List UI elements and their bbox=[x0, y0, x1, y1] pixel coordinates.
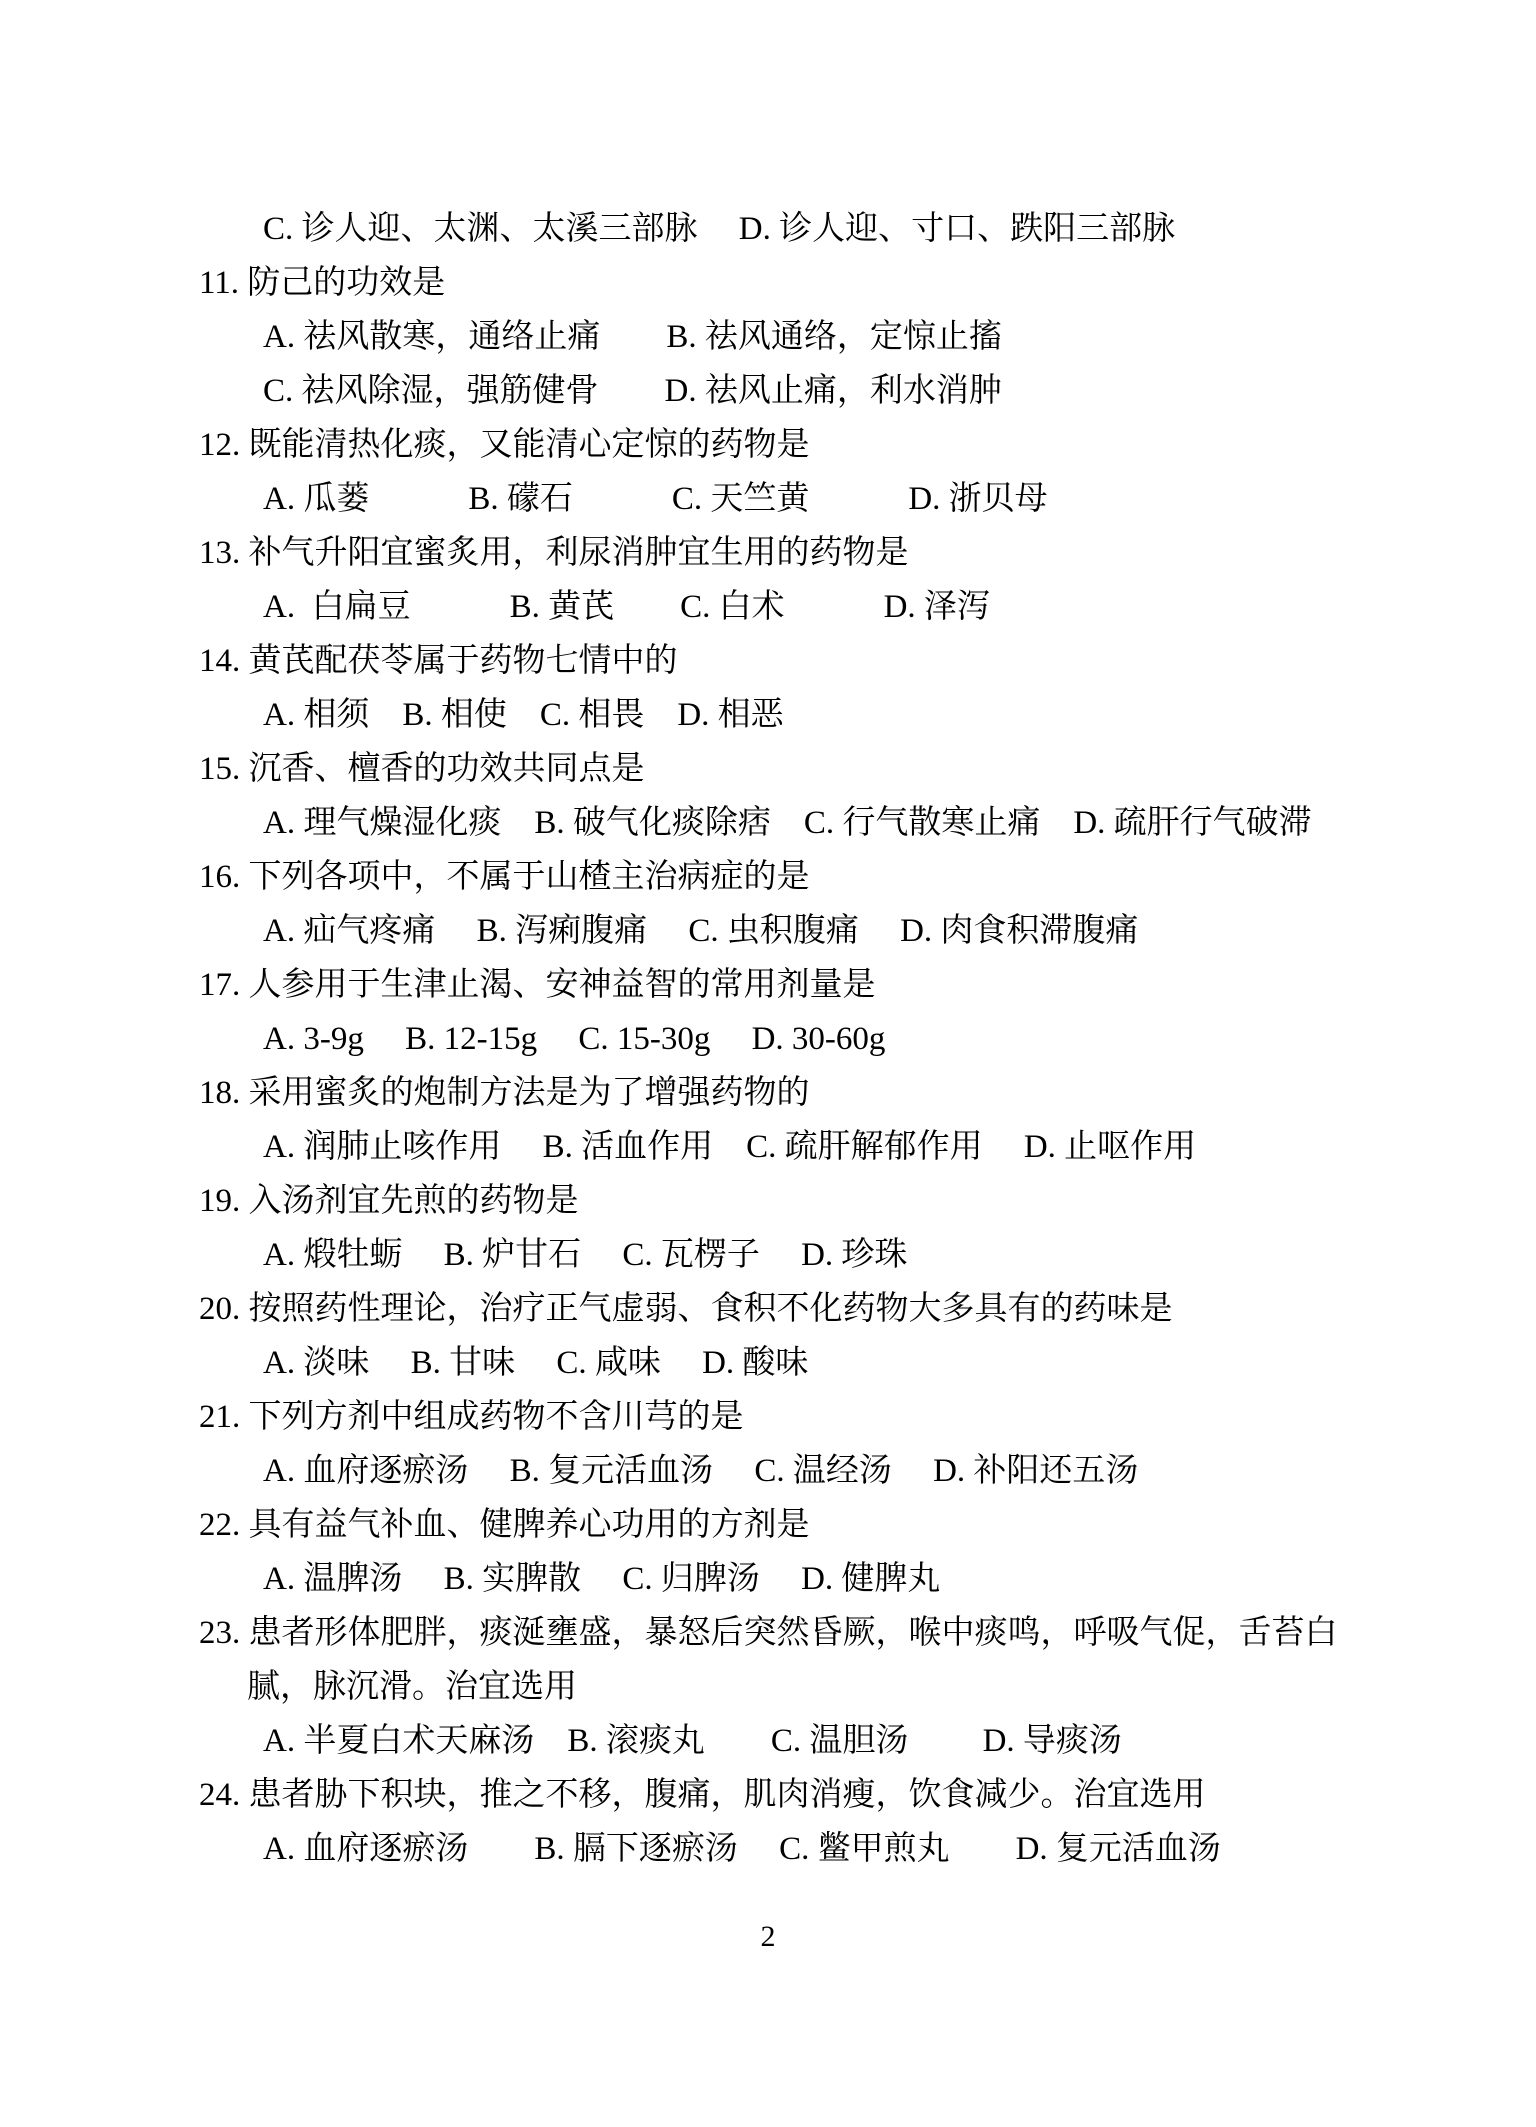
question-23-options: A. 半夏白术天麻汤 B. 滚痰丸 C. 温胆汤 D. 导痰汤 bbox=[0, 1714, 1536, 1768]
question-24-options: A. 血府逐瘀汤 B. 膈下逐瘀汤 C. 鳖甲煎丸 D. 复元活血汤 bbox=[0, 1822, 1536, 1876]
question-16-options: A. 疝气疼痛 B. 泻痢腹痛 C. 虫积腹痛 D. 肉食积滞腹痛 bbox=[0, 904, 1536, 958]
question-17-options: A. 3-9g B. 12-15g C. 15-30g D. 30-60g bbox=[0, 1012, 1536, 1066]
page-number: 2 bbox=[0, 1916, 1536, 1958]
question-13-options: A. 白扁豆 B. 黄芪 C. 白术 D. 泽泻 bbox=[0, 580, 1536, 634]
question-19-stem: 19. 入汤剂宜先煎的药物是 bbox=[0, 1174, 1536, 1228]
question-17-stem: 17. 人参用于生津止渴、安神益智的常用剂量是 bbox=[0, 958, 1536, 1012]
question-11-stem: 11. 防己的功效是 bbox=[0, 256, 1536, 310]
question-12-stem: 12. 既能清热化痰，又能清心定惊的药物是 bbox=[0, 418, 1536, 472]
question-22-stem: 22. 具有益气补血、健脾养心功用的方剂是 bbox=[0, 1498, 1536, 1552]
question-21-options: A. 血府逐瘀汤 B. 复元活血汤 C. 温经汤 D. 补阳还五汤 bbox=[0, 1444, 1536, 1498]
question-14-options: A. 相须 B. 相使 C. 相畏 D. 相恶 bbox=[0, 688, 1536, 742]
question-21-stem: 21. 下列方剂中组成药物不含川芎的是 bbox=[0, 1390, 1536, 1444]
question-19-options: A. 煅牡蛎 B. 炉甘石 C. 瓦楞子 D. 珍珠 bbox=[0, 1228, 1536, 1282]
question-14-stem: 14. 黄芪配茯苓属于药物七情中的 bbox=[0, 634, 1536, 688]
question-16-stem: 16. 下列各项中，不属于山楂主治病症的是 bbox=[0, 850, 1536, 904]
question-12-options: A. 瓜蒌 B. 礞石 C. 天竺黄 D. 浙贝母 bbox=[0, 472, 1536, 526]
question-15-stem: 15. 沉香、檀香的功效共同点是 bbox=[0, 742, 1536, 796]
question-20-stem: 20. 按照药性理论，治疗正气虚弱、食积不化药物大多具有的药味是 bbox=[0, 1282, 1536, 1336]
question-24-stem: 24. 患者胁下积块，推之不移，腹痛，肌肉消瘦，饮食减少。治宜选用 bbox=[0, 1768, 1536, 1822]
question-10-options-cd: C. 诊人迎、太渊、太溪三部脉 D. 诊人迎、寸口、跌阳三部脉 bbox=[0, 202, 1536, 256]
question-18-options: A. 润肺止咳作用 B. 活血作用 C. 疏肝解郁作用 D. 止呕作用 bbox=[0, 1120, 1536, 1174]
question-18-stem: 18. 采用蜜炙的炮制方法是为了增强药物的 bbox=[0, 1066, 1536, 1120]
question-11-options-cd: C. 祛风除湿，强筋健骨 D. 祛风止痛，利水消肿 bbox=[0, 364, 1536, 418]
question-20-options: A. 淡味 B. 甘味 C. 咸味 D. 酸味 bbox=[0, 1336, 1536, 1390]
exam-question-sheet: C. 诊人迎、太渊、太溪三部脉 D. 诊人迎、寸口、跌阳三部脉 11. 防己的功… bbox=[0, 202, 1536, 1876]
question-22-options: A. 温脾汤 B. 实脾散 C. 归脾汤 D. 健脾丸 bbox=[0, 1552, 1536, 1606]
question-15-options: A. 理气燥湿化痰 B. 破气化痰除痞 C. 行气散寒止痛 D. 疏肝行气破滞 bbox=[0, 796, 1536, 850]
question-23-stem-continued: 腻，脉沉滑。治宜选用 bbox=[0, 1660, 1536, 1714]
question-23-stem: 23. 患者形体肥胖，痰涎壅盛，暴怒后突然昏厥，喉中痰鸣，呼吸气促，舌苔白 bbox=[0, 1606, 1536, 1660]
question-11-options-ab: A. 祛风散寒，通络止痛 B. 祛风通络，定惊止搐 bbox=[0, 310, 1536, 364]
question-13-stem: 13. 补气升阳宜蜜炙用，利尿消肿宜生用的药物是 bbox=[0, 526, 1536, 580]
